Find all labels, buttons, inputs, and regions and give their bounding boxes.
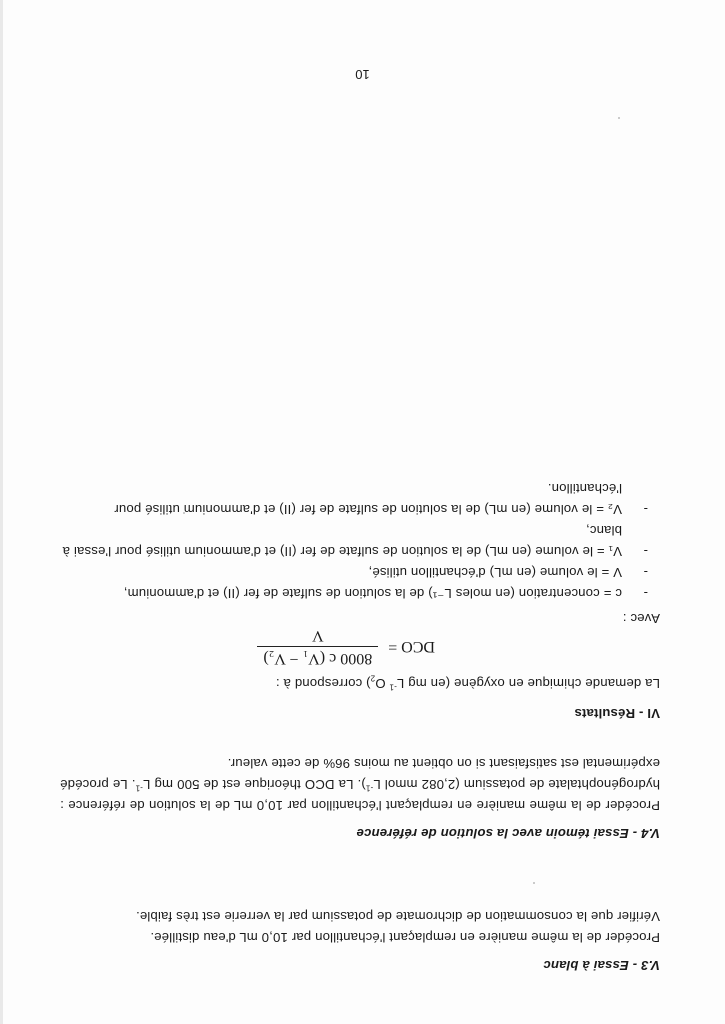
vi-intro-text-2: O	[375, 676, 389, 691]
definition-text: V₁ = le volume (en mL) de la solution de…	[63, 523, 623, 559]
definition-item: -V₂ = le volume (en mL) de la solution d…	[60, 478, 660, 520]
scan-speck	[183, 512, 185, 514]
section-vi-title: VI - Résultats	[60, 703, 660, 724]
definition-text: c = concentration (en moles L⁻¹) de la s…	[124, 586, 622, 601]
list-dash: -	[643, 499, 648, 520]
section-v3-title: V.3 - Essai à blanc	[60, 955, 660, 976]
vi-intro-sub: 2	[371, 673, 376, 682]
definition-text: V = le volume (en mL) d'échantillon util…	[368, 565, 622, 580]
section-v3: V.3 - Essai à blanc Procéder de la même …	[60, 906, 660, 976]
v4-text-2: ). La DCO théorique est de 500 mg L	[143, 777, 366, 792]
formula-lhs: DCO =	[388, 638, 435, 656]
list-dash: -	[643, 583, 648, 604]
scanned-page: V.3 - Essai à blanc Procéder de la même …	[0, 0, 725, 1024]
section-v4-paragraph: Procéder de la même manière en remplaçan…	[60, 753, 660, 816]
avec-label: Avec :	[60, 608, 660, 629]
formula-numerator: 8000 c (V₁ − V₂)	[257, 646, 378, 667]
list-dash: -	[643, 562, 648, 583]
definitions-block: Avec : -c = concentration (en moles L⁻¹)…	[60, 478, 660, 629]
scan-speck	[618, 117, 620, 119]
v4-sup-1: -1	[366, 783, 373, 792]
definitions-list: -c = concentration (en moles L⁻¹) de la …	[60, 478, 660, 604]
section-v4-title: V.4 - Essai témoin avec la solution de r…	[60, 823, 660, 844]
definition-item: -c = concentration (en moles L⁻¹) de la …	[60, 583, 660, 604]
vi-intro-sup: -1	[389, 682, 396, 691]
vi-intro-text-3: ) correspond à :	[276, 676, 371, 691]
page-number: 10	[0, 67, 725, 82]
list-dash: -	[643, 541, 648, 562]
section-vi-intro: La demande chimique en oxygène (en mg L-…	[60, 673, 660, 694]
dco-formula: DCO = 8000 c (V₁ − V₂) V	[257, 626, 435, 667]
vi-intro-text-1: La demande chimique en oxygène (en mg L	[397, 676, 660, 691]
section-v4: V.4 - Essai témoin avec la solution de r…	[60, 753, 660, 844]
section-v3-paragraph-1: Procéder de la même manière en remplaçan…	[60, 927, 660, 948]
formula-denominator: V	[312, 626, 324, 646]
formula-fraction: 8000 c (V₁ − V₂) V	[257, 626, 378, 667]
definition-item: -V₁ = le volume (en mL) de la solution d…	[60, 520, 660, 562]
section-vi: VI - Résultats La demande chimique en ox…	[60, 673, 660, 724]
page-edge-shadow	[0, 0, 3, 1024]
definition-text: V₂ = le volume (en mL) de la solution de…	[114, 481, 622, 517]
section-v3-paragraph-2: Vérifier que la consommation de dichroma…	[60, 906, 660, 927]
v4-sup-2: -1	[135, 783, 142, 792]
definition-item: -V = le volume (en mL) d'échantillon uti…	[60, 562, 660, 583]
scan-speck	[533, 882, 535, 884]
